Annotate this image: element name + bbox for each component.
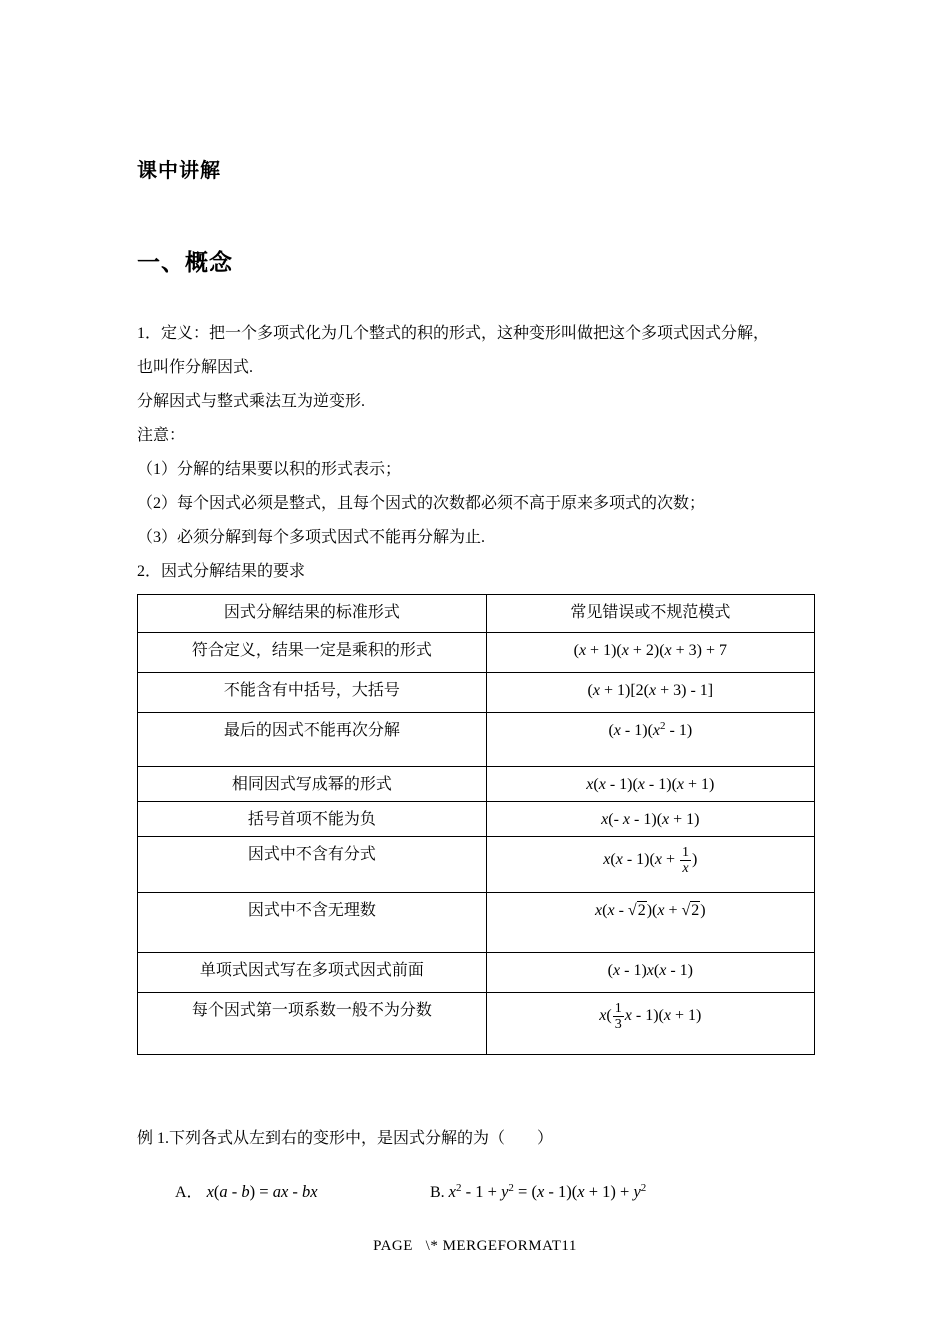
table-cell-example: (x - 1)x(x - 1)	[486, 953, 814, 993]
body-line: 分解因式与整式乘法互为逆变形.	[137, 390, 815, 424]
table-header-row: 因式分解结果的标准形式 常见错误或不规范模式	[138, 595, 815, 633]
table-cell-example: (x + 1)(x + 2)(x + 3) + 7	[486, 633, 814, 673]
option-a-label: A．	[175, 1184, 203, 1201]
table-header-common-errors: 常见错误或不规范模式	[486, 595, 814, 633]
table-cell-rule: 符合定义，结果一定是乘积的形式	[138, 633, 487, 673]
body-line: 也叫作分解因式.	[137, 356, 815, 390]
table-cell-example: (x - 1)(x2 - 1)	[486, 713, 814, 767]
table-cell-example: x(x - 1)(x - 1)(x + 1)	[486, 767, 814, 802]
example-1-title: 例 1.下列各式从左到右的变形中，是因式分解的为（ ）	[137, 1127, 815, 1151]
body-line: 2．因式分解结果的要求	[137, 560, 815, 594]
doc-title: 课中讲解	[137, 158, 815, 184]
table-cell-example: x(x - 1)(x + 1x)	[486, 837, 814, 893]
table-cell-rule: 因式中不含无理数	[138, 893, 487, 953]
option-a: A． x(a - b) = ax - bx	[175, 1179, 430, 1202]
body-line: （1）分解的结果要以积的形式表示；	[137, 458, 815, 492]
example-1-options: A． x(a - b) = ax - bx B. x2 - 1 + y2 = (…	[137, 1179, 815, 1202]
option-a-formula: x(a - b) = ax - bx	[207, 1182, 318, 1201]
option-b: B. x2 - 1 + y2 = (x - 1)(x + 1) + y2	[430, 1182, 646, 1202]
table-row: 最后的因式不能再次分解 (x - 1)(x2 - 1)	[138, 713, 815, 767]
concept-paragraphs: 1．定义：把一个多项式化为几个整式的积的形式，这种变形叫做把这个多项式因式分解，…	[137, 322, 815, 594]
table-row: 因式中不含有分式 x(x - 1)(x + 1x)	[138, 837, 815, 893]
table-row: 不能含有中括号，大括号 (x + 1)[2(x + 3) - 1]	[138, 673, 815, 713]
table-cell-rule: 单项式因式写在多项式因式前面	[138, 953, 487, 993]
option-b-formula: x2 - 1 + y2 = (x - 1)(x + 1) + y2	[449, 1182, 647, 1201]
document-page: 课中讲解 一、概念 1．定义：把一个多项式化为几个整式的积的形式，这种变形叫做把…	[0, 0, 950, 1344]
table-row: 相同因式写成幂的形式 x(x - 1)(x - 1)(x + 1)	[138, 767, 815, 802]
table-row: 单项式因式写在多项式因式前面 (x - 1)x(x - 1)	[138, 953, 815, 993]
table-row: 括号首项不能为负 x(- x - 1)(x + 1)	[138, 802, 815, 837]
table-cell-rule: 相同因式写成幂的形式	[138, 767, 487, 802]
body-line: 注意：	[137, 424, 815, 458]
table-cell-example: x(- x - 1)(x + 1)	[486, 802, 814, 837]
table-cell-rule: 括号首项不能为负	[138, 802, 487, 837]
table-cell-rule: 不能含有中括号，大括号	[138, 673, 487, 713]
table-row: 符合定义，结果一定是乘积的形式 (x + 1)(x + 2)(x + 3) + …	[138, 633, 815, 673]
body-line: （2）每个因式必须是整式，且每个因式的次数都必须不高于原来多项式的次数；	[137, 492, 815, 526]
table-row: 因式中不含无理数 x(x - √2)(x + √2)	[138, 893, 815, 953]
table-row: 每个因式第一项系数一般不为分数 x(13x - 1)(x + 1)	[138, 993, 815, 1055]
body-line: （3）必须分解到每个多项式因式不能再分解为止.	[137, 526, 815, 560]
table-cell-rule: 每个因式第一项系数一般不为分数	[138, 993, 487, 1055]
table-cell-rule: 最后的因式不能再次分解	[138, 713, 487, 767]
factorization-rules-table: 因式分解结果的标准形式 常见错误或不规范模式 符合定义，结果一定是乘积的形式 (…	[137, 594, 815, 1055]
table-header-standard-form: 因式分解结果的标准形式	[138, 595, 487, 633]
table-cell-example: x(x - √2)(x + √2)	[486, 893, 814, 953]
body-line: 1．定义：把一个多项式化为几个整式的积的形式，这种变形叫做把这个多项式因式分解，	[137, 322, 815, 356]
page-number-field: PAGE \* MERGEFORMAT11	[0, 1238, 950, 1255]
section-title: 一、概念	[137, 248, 815, 278]
option-b-label: B.	[430, 1184, 445, 1201]
table-cell-example: (x + 1)[2(x + 3) - 1]	[486, 673, 814, 713]
table-cell-example: x(13x - 1)(x + 1)	[486, 993, 814, 1055]
table-cell-rule: 因式中不含有分式	[138, 837, 487, 893]
